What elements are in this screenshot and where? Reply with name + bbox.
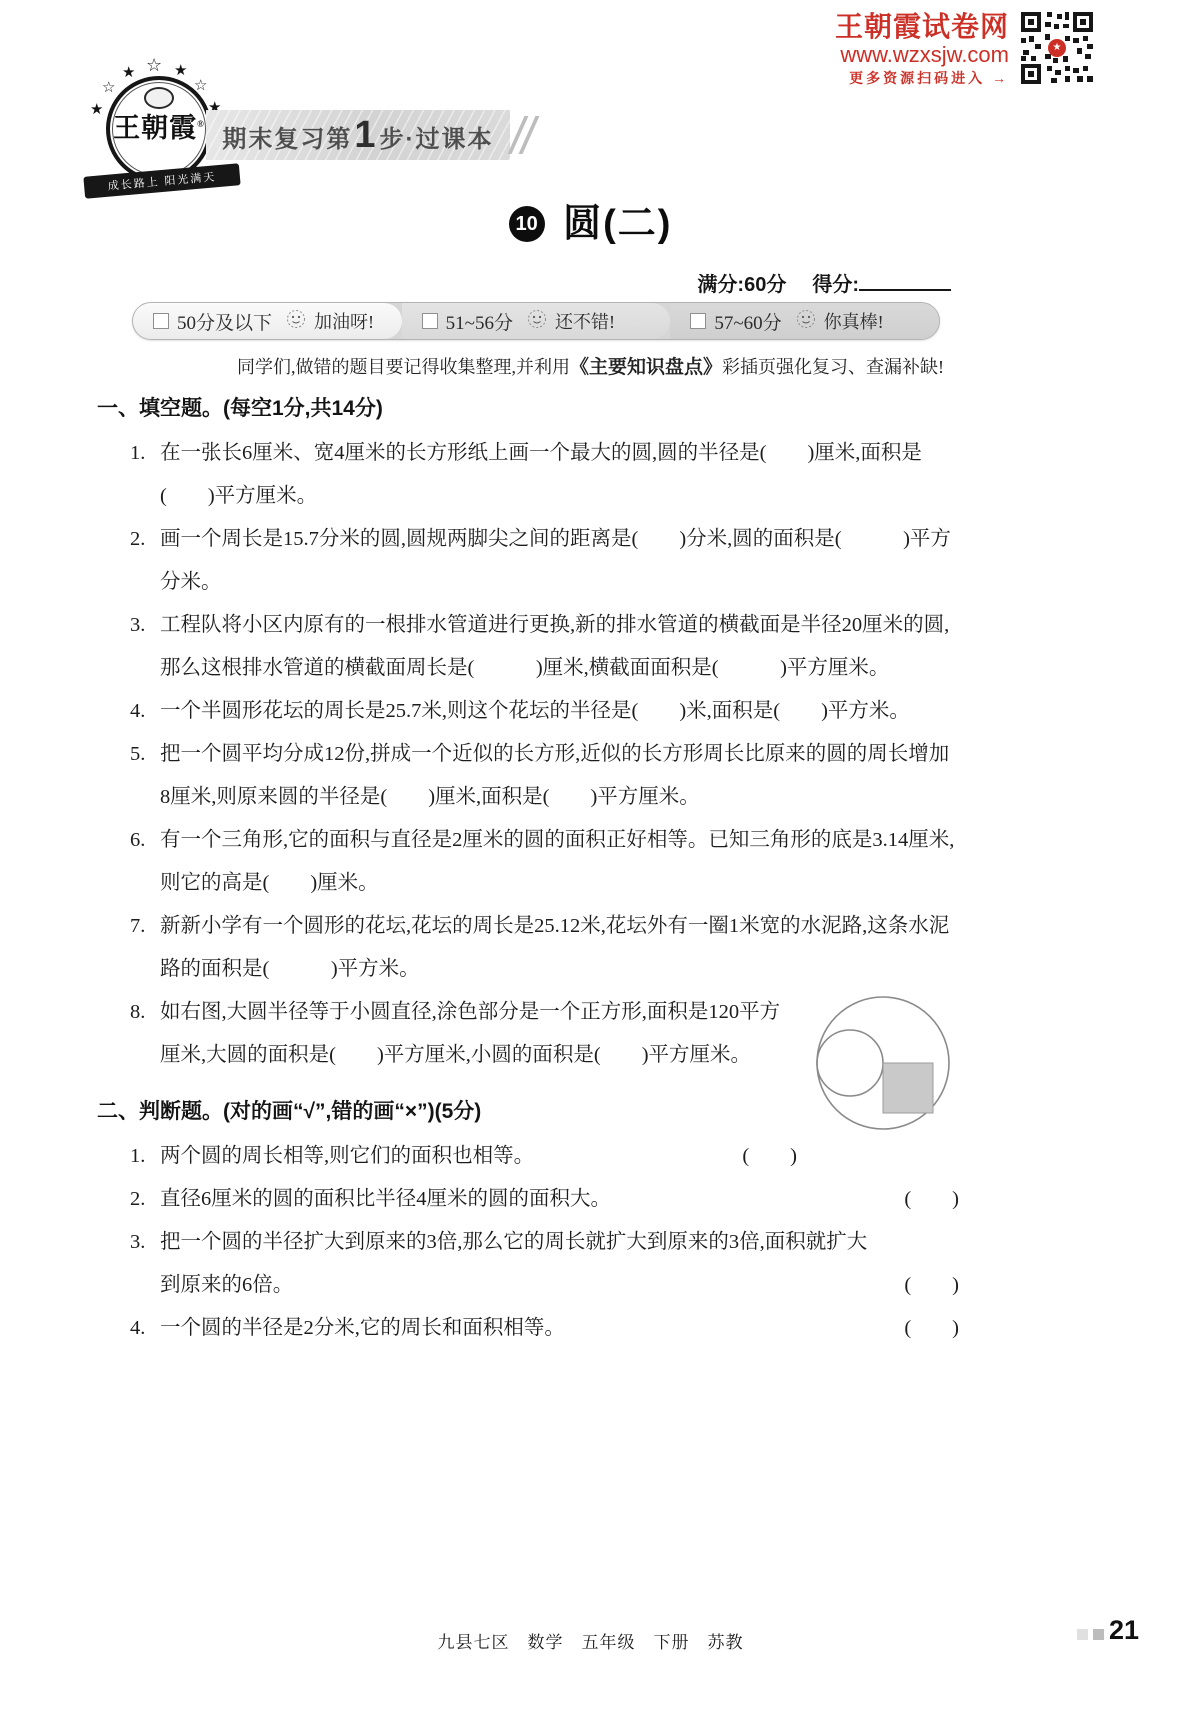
question-text: 新新小学有一个圆形的花坛,花坛的周长是25.12米,花坛外有一圈1米宽的水泥路,… — [160, 915, 949, 980]
registered-mark: ® — [197, 119, 205, 129]
score-checkbox — [690, 313, 706, 329]
question-item: 3. 工程队将小区内原有的一根排水管道进行更换,新的排水管道的横截面是半径20厘… — [130, 604, 959, 690]
question-item: 1. 在一张长6厘米、宽4厘米的长方形纸上画一个最大的圆,圆的半径是( )厘米,… — [130, 432, 959, 518]
star-icon: ★ — [122, 63, 135, 81]
page-number: 21 — [1109, 1615, 1139, 1646]
question-text: 画一个周长是15.7分米的圆,圆规两脚尖之间的距离是( )分米,圆的面积是( )… — [160, 528, 951, 593]
question-text: 一个圆的半径是2分米,它的周长和面积相等。 — [160, 1307, 881, 1350]
site-header: 王朝霞试卷网 www.wzxsjw.com 更多资源扫码进入 → — [835, 12, 1093, 88]
banner-slash-marks — [516, 116, 531, 154]
notice-line: 同学们,做错的题目要记得收集整理,并利用《主要知识盘点》彩插页强化复习、查漏补缺… — [0, 352, 1181, 379]
question-text: 把一个圆平均分成12份,拼成一个近似的长方形,近似的长方形周长比原来的圆的周长增… — [160, 743, 949, 808]
score-praise-label: 还不错! — [555, 308, 615, 334]
star-icon: ☆ — [102, 78, 115, 96]
question-text: 两个圆的周长相等,则它们的面积也相等。 — [160, 1135, 719, 1178]
smiley-face-icon — [796, 309, 816, 334]
question-text: 一个半圆形花坛的周长是25.7米,则这个花坛的半径是( )米,面积是( )平方米… — [160, 700, 910, 722]
question-number: 4. — [130, 1307, 156, 1350]
score-praise-label: 你真棒! — [824, 308, 884, 334]
question-text: 工程队将小区内原有的一根排水管道进行更换,新的排水管道的横截面是半径20厘米的圆… — [160, 614, 949, 679]
decor-square — [1093, 1629, 1104, 1640]
step-number: 1 — [352, 114, 379, 156]
score-range-label: 51~56分 — [446, 308, 513, 335]
page-number-block: 21 — [1077, 1615, 1139, 1646]
answer-bracket: ( ) — [881, 1264, 959, 1307]
step-banner-text: 期末复习第1步·过课本 — [222, 114, 493, 157]
circles-square-figure — [807, 993, 959, 1135]
question-number: 4. — [130, 690, 156, 733]
score-band-segment: 57~60分 你真棒! — [670, 303, 939, 339]
star-icon: ★ — [90, 100, 103, 118]
score-band-segment: 51~56分 还不错! — [402, 303, 671, 339]
question-text: 如右图,大圆半径等于小圆直径,涂色部分是一个正方形,面积是120平方厘米,大圆的… — [160, 1001, 780, 1066]
star-icon: ★ — [174, 61, 187, 79]
qr-center-crest-icon: ★ — [1048, 39, 1066, 57]
question-number: 2. — [130, 1178, 156, 1221]
question-text: 直径6厘米的圆的面积比半径4厘米的圆的面积大。 — [160, 1178, 881, 1221]
question-number: 8. — [130, 991, 156, 1034]
got-score-label: 得分: — [812, 274, 859, 296]
judge-question-item: 2. 直径6厘米的圆的面积比半径4厘米的圆的面积大。 ( ) — [130, 1178, 959, 1221]
question-item: 6. 有一个三角形,它的面积与直径是2厘米的圆的面积正好相等。已知三角形的底是3… — [130, 819, 959, 905]
question-item: 7. 新新小学有一个圆形的花坛,花坛的周长是25.12米,花坛外有一圈1米宽的水… — [130, 905, 959, 991]
page-title: 圆(二) — [563, 203, 672, 245]
question-text: 在一张长6厘米、宽4厘米的长方形纸上画一个最大的圆,圆的半径是( )厘米,面积是… — [160, 442, 922, 507]
judge-question-item: 3. 把一个圆的半径扩大到原来的3倍,那么它的周长就扩大到原来的3倍,面积就扩大… — [130, 1221, 959, 1307]
score-checkbox — [422, 313, 438, 329]
question-number: 1. — [130, 1135, 156, 1178]
question-item: 5. 把一个圆平均分成12份,拼成一个近似的长方形,近似的长方形周长比原来的圆的… — [130, 733, 959, 819]
smiley-face-icon — [527, 309, 547, 334]
question-item: 2. 画一个周长是15.7分米的圆,圆规两脚尖之间的距离是( )分米,圆的面积是… — [130, 518, 959, 604]
book-title: 《主要知识盘点》 — [570, 357, 722, 378]
site-tagline: 更多资源扫码进入 → — [835, 68, 1009, 88]
score-band: 50分及以下 加油呀! 51~56分 还不错! 57~60分 你真棒! — [132, 302, 940, 340]
question-item: 4. 一个半圆形花坛的周长是25.7米,则这个花坛的半径是( )米,面积是( )… — [130, 690, 959, 733]
step-banner: 期末复习第1步·过课本 — [206, 110, 510, 160]
question-item: 8. 如右图,大圆半径等于小圆直径,涂色部分是一个正方形,面积是120平方厘米,… — [130, 991, 959, 1077]
paper-title-row: 10 圆(二) — [0, 192, 1181, 247]
answer-bracket: ( ) — [881, 1307, 959, 1350]
judge-question-item: 1. 两个圆的周长相等,则它们的面积也相等。 ( ) — [130, 1135, 797, 1178]
author-portrait — [144, 87, 174, 109]
site-url: www.wzxsjw.com — [835, 42, 1009, 68]
score-line: 满分:60分得分: — [697, 268, 951, 297]
answer-bracket: ( ) — [719, 1135, 797, 1178]
question-number: 6. — [130, 819, 156, 862]
question-number: 3. — [130, 604, 156, 647]
question-number: 7. — [130, 905, 156, 948]
question-text: 把一个圆的半径扩大到原来的3倍,那么它的周长就扩大到原来的3倍,面积就扩大到原来… — [160, 1221, 881, 1307]
footer-edition-info: 九县七区 数学 五年级 下册 苏教 — [0, 1628, 1181, 1653]
score-band-segment: 50分及以下 加油呀! — [133, 303, 402, 339]
answer-bracket: ( ) — [881, 1178, 959, 1221]
decor-square — [1077, 1629, 1088, 1640]
score-checkbox — [153, 313, 169, 329]
question-number: 5. — [130, 733, 156, 776]
question-number: 1. — [130, 432, 156, 475]
score-range-label: 50分及以下 — [177, 308, 272, 335]
site-name: 王朝霞试卷网 — [835, 12, 1009, 42]
judge-question-item: 4. 一个圆的半径是2分米,它的周长和面积相等。 ( ) — [130, 1307, 959, 1350]
site-text: 王朝霞试卷网 www.wzxsjw.com 更多资源扫码进入 → — [835, 12, 1009, 88]
score-praise-label: 加油呀! — [314, 308, 374, 334]
score-range-label: 57~60分 — [714, 308, 781, 335]
question-sections: 一、填空题。(每空1分,共14分) 1. 在一张长6厘米、宽4厘米的长方形纸上画… — [97, 392, 959, 1350]
score-blank — [859, 275, 951, 291]
smiley-face-icon — [286, 309, 306, 334]
qr-code-icon: ★ — [1021, 12, 1093, 84]
question-text: 有一个三角形,它的面积与直径是2厘米的圆的面积正好相等。已知三角形的底是3.14… — [160, 829, 954, 894]
question-number: 2. — [130, 518, 156, 561]
worksheet-page: 王朝霞试卷网 www.wzxsjw.com 更多资源扫码进入 → — [0, 0, 1181, 1730]
full-score-label: 满分:60分 — [697, 274, 786, 296]
brand-name: 王朝霞® — [110, 109, 208, 143]
lesson-number-badge: 10 — [509, 206, 545, 242]
question-number: 3. — [130, 1221, 156, 1264]
section1-heading: 一、填空题。(每空1分,共14分) — [97, 392, 959, 422]
star-icon: ☆ — [146, 55, 162, 76]
